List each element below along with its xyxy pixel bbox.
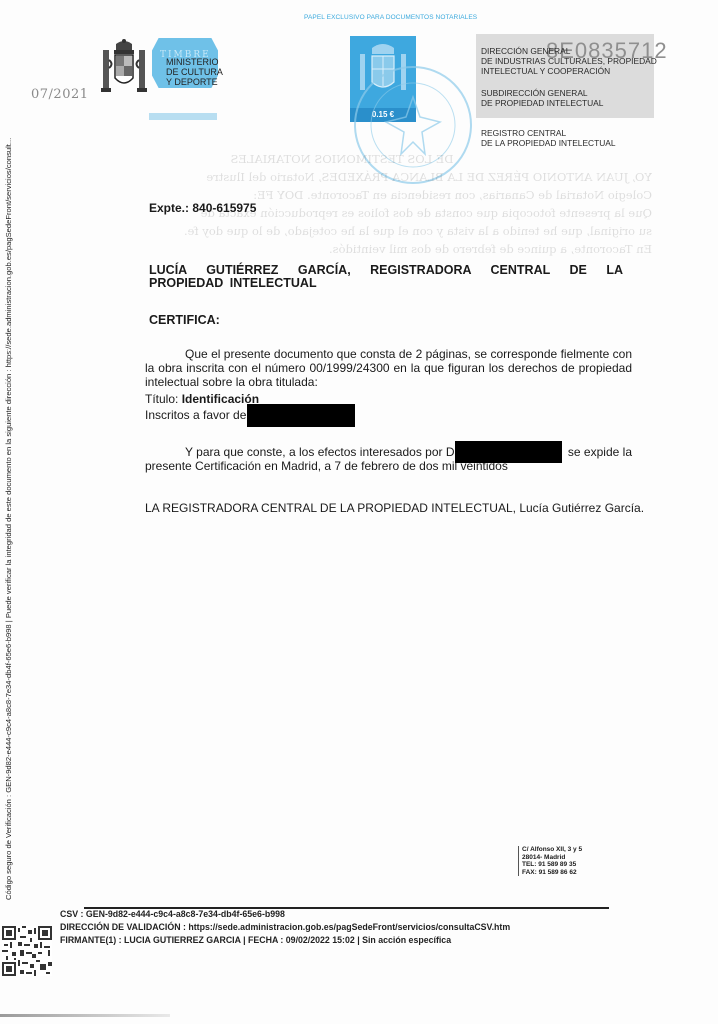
validation-url[interactable]: DIRECCIÓN DE VALIDACIÓN : https://sede.a… (60, 921, 510, 934)
agency-line: SUBDIRECCIÓN GENERAL (481, 88, 588, 98)
registry-label: REGISTRO CENTRAL DE LA PROPIEDAD INTELEC… (481, 128, 616, 148)
electronic-signature-footer: CSV : GEN-9d82-e444-c9c4-a8c8-7e34-db4f-… (60, 908, 510, 947)
redacted-rights-holder (247, 404, 355, 427)
certificate-page: PAPEL EXCLUSIVO PARA DOCUMENTOS NOTARIAL… (0, 0, 718, 1024)
scan-edge-shadow (0, 1014, 170, 1017)
certification-paragraph: Que el presente documento que consta de … (145, 347, 632, 389)
agency-line: DE INDUSTRIAS CULTURALES, PROPIEDAD (481, 56, 657, 66)
rights-holder-label: Inscritos a favor de: (145, 408, 250, 422)
signer-info: FIRMANTE(1) : LUCIA GUTIERREZ GARCIA | F… (60, 934, 510, 947)
agency-line: DE PROPIEDAD INTELECTUAL (481, 98, 603, 108)
verification-vertical-text: Código seguro de Verificación : GEN-9d82… (4, 30, 13, 900)
ministry-label: MINISTERIO DE CULTURA Y DEPORTE (166, 57, 223, 87)
signature-line: LA REGISTRADORA CENTRAL DE LA PROPIEDAD … (145, 501, 644, 515)
ministry-strip (149, 113, 217, 120)
work-title: Título: Identificación (145, 392, 259, 406)
csv-code: CSV : GEN-9d82-e444-c9c4-a8c8-7e34-db4f-… (60, 908, 510, 921)
agency-line: INTELECTUAL Y COOPERACIÓN (481, 66, 610, 76)
paper-banner: PAPEL EXCLUSIVO PARA DOCUMENTOS NOTARIAL… (304, 14, 477, 21)
redacted-requester (455, 441, 562, 463)
side-date: 07/2021 (31, 87, 89, 102)
coat-of-arms-icon (100, 38, 148, 98)
registrar-heading: LUCÍA GUTIÉRREZ GARCÍA, REGISTRADORA CEN… (149, 264, 623, 290)
certifica-label: CERTIFICA: (149, 313, 220, 327)
agency-line: DIRECCIÓN GENERAL (481, 46, 570, 56)
qr-code-icon[interactable] (2, 926, 52, 976)
expediente-number: Expte.: 840-615975 (149, 201, 256, 215)
office-address: C/ Alfonso XII, 3 y 5 28014- Madrid TEL:… (518, 846, 582, 876)
